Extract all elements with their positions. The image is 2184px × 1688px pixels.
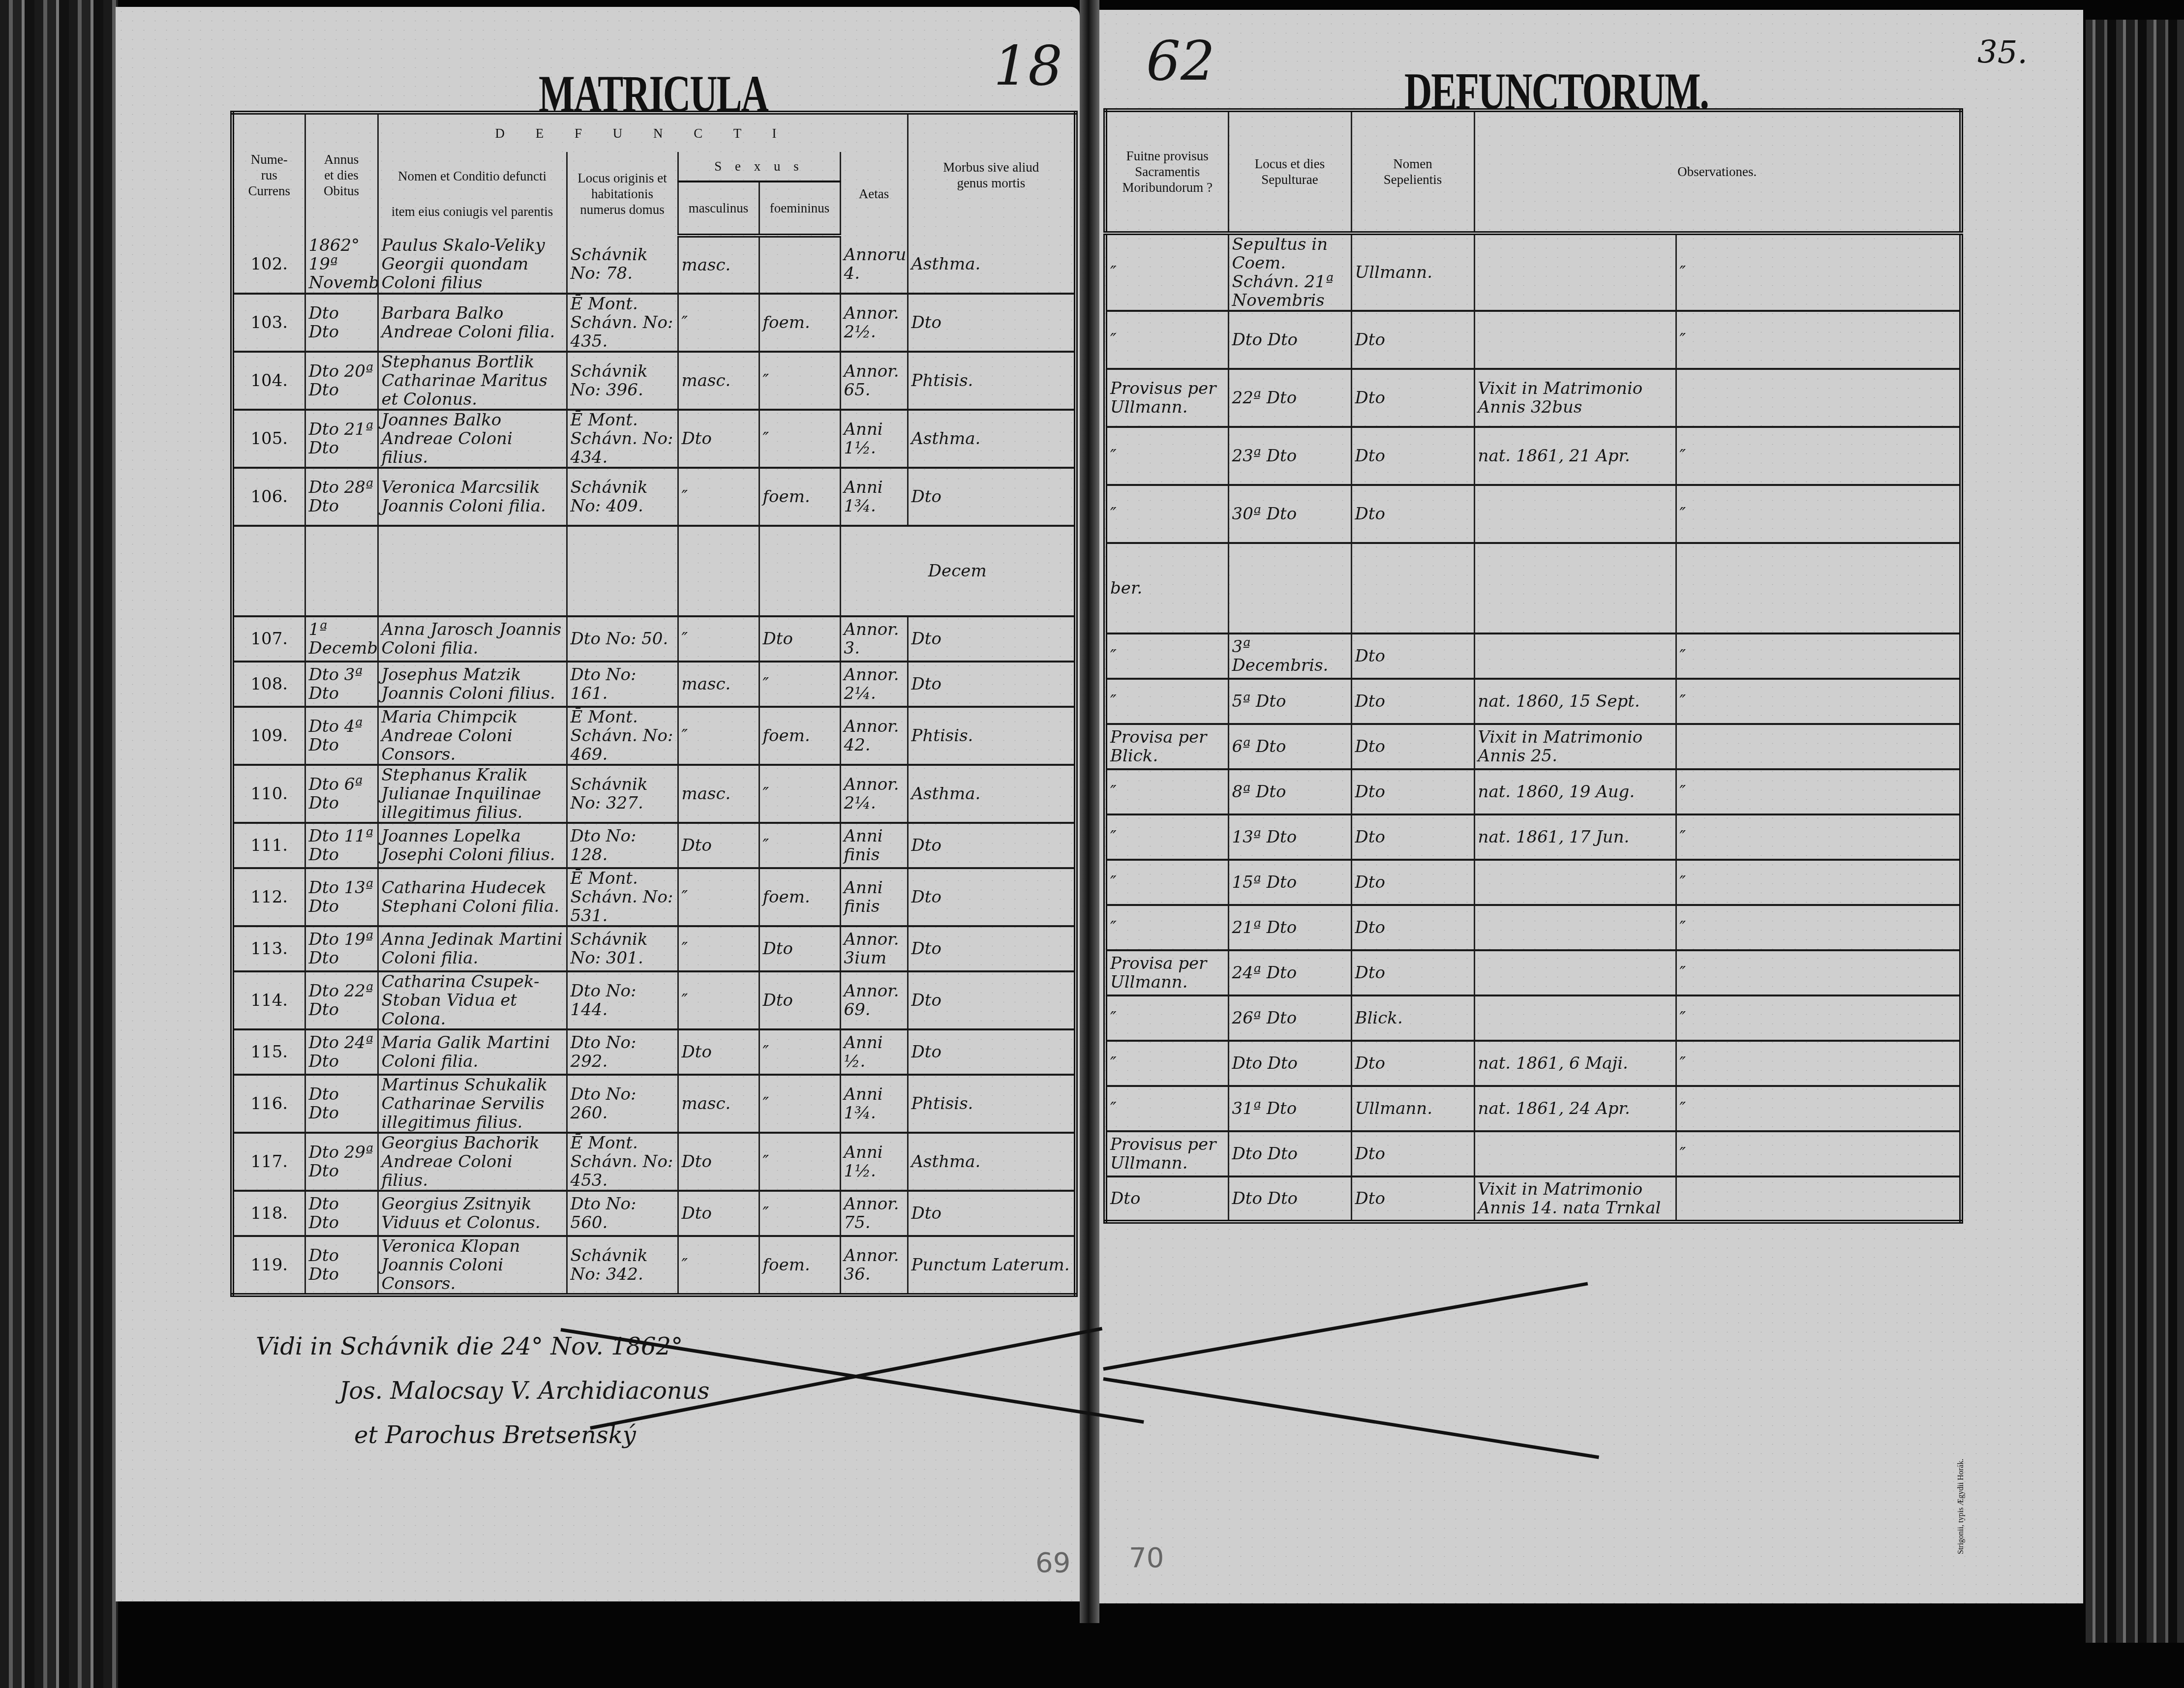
cell-no: 112.	[232, 868, 305, 926]
cell-provisus: Provisa per Ullmann.	[1105, 950, 1228, 995]
cell-aetas: Anni 1¾.	[840, 1075, 908, 1133]
cell-no: 107.	[232, 616, 305, 662]
cell-aetas: Anni 1½.	[840, 410, 908, 468]
cell-date: Dto 22ª Dto	[305, 971, 378, 1029]
register-row-right: ″13ª DtoDtonat. 1861, 17 Jun.″	[1105, 814, 1961, 860]
cell-no: 105.	[232, 410, 305, 468]
cell-provisus: Provisus per Ullmann.	[1105, 1131, 1228, 1176]
cell-no: 110.	[232, 765, 305, 823]
cell-locus: Schávnik No: 396.	[567, 352, 678, 410]
cell-morbus: Asthma.	[908, 765, 1076, 823]
cell-name: Veronica Marcsilik Joannis Coloni filia.	[378, 468, 567, 526]
cell-name: Maria Chimpcik Andreae Coloni Consors.	[378, 707, 567, 765]
cell-provisus: ″	[1105, 427, 1228, 485]
cell-sepultura: Dto Dto	[1228, 1131, 1351, 1176]
cell-obs2: ″	[1676, 311, 1961, 369]
book-spine	[1080, 0, 1099, 1623]
cell-date: Dto Dto	[305, 1075, 378, 1133]
cell-masc: ″	[678, 294, 759, 352]
header-aetas: Aetas	[840, 152, 908, 236]
cell-date: Dto 4ª Dto	[305, 707, 378, 765]
cell-masc: ″	[678, 971, 759, 1029]
register-row-right: Provisa per Ullmann.24ª DtoDto″	[1105, 950, 1961, 995]
cell-sepeliens: Dto	[1351, 814, 1474, 860]
cell-masc: masc.	[678, 352, 759, 410]
cell-obs	[1474, 311, 1676, 369]
cell-date: 1ª Decembris	[305, 616, 378, 662]
cell-aetas: Annorum 4.	[840, 236, 908, 294]
cell-name: Anna Jarosch Joannis Coloni filia.	[378, 616, 567, 662]
cell-masc: ″	[678, 707, 759, 765]
register-row-left: 115.Dto 24ª DtoMaria Galik Martini Colon…	[232, 1029, 1076, 1075]
cell-fem: ″	[759, 765, 840, 823]
cell-obs: nat. 1861, 24 Apr.	[1474, 1086, 1676, 1131]
cell-obs2: ″	[1676, 233, 1961, 311]
cell-name: Georgius Bachorik Andreae Coloni filius.	[378, 1133, 567, 1191]
cell-morbus: Dto	[908, 971, 1076, 1029]
cell-obs2: ″	[1676, 1086, 1961, 1131]
cell-morbus: Dto	[908, 823, 1076, 868]
month-divider-left: Decem	[840, 526, 1076, 616]
cell-aetas: Annor. 42.	[840, 707, 908, 765]
cell-no: 118.	[232, 1191, 305, 1236]
cell-name: Maria Galik Martini Coloni filia.	[378, 1029, 567, 1075]
cell-fem: Dto	[759, 926, 840, 971]
cell-masc: masc.	[678, 236, 759, 294]
cell-morbus: Phtisis.	[908, 1075, 1076, 1133]
cell-provisus: ″	[1105, 233, 1228, 311]
cell-obs: Vixit in Matrimonio Annis 25.	[1474, 724, 1676, 769]
cell-masc: ″	[678, 616, 759, 662]
cell-no: 106.	[232, 468, 305, 526]
cell-date: Dto 21ª Dto	[305, 410, 378, 468]
register-row-right: ″Dto DtoDtonat. 1861, 6 Maji.″	[1105, 1041, 1961, 1086]
cell-sepultura: 24ª Dto	[1228, 950, 1351, 995]
register-row-right: ″3ª Decembris.Dto″	[1105, 633, 1961, 679]
register-row-left: 109.Dto 4ª DtoMaria Chimpcik Andreae Col…	[232, 707, 1076, 765]
cell-sepeliens: Dto	[1351, 905, 1474, 950]
cell-sepeliens: Dto	[1351, 950, 1474, 995]
cell-sepultura: 22ª Dto	[1228, 369, 1351, 427]
cell-masc: Dto	[678, 823, 759, 868]
register-row-left: 102.1862° 19ª NovembrisPaulus Skalo-Veli…	[232, 236, 1076, 294]
cell-locus: Ē Mont. Schávn. No: 469.	[567, 707, 678, 765]
register-row-right: ″30ª DtoDto″	[1105, 485, 1961, 543]
cell-morbus: Asthma.	[908, 236, 1076, 294]
cell-no: 111.	[232, 823, 305, 868]
cell-obs	[1474, 995, 1676, 1041]
cell-obs2: ″	[1676, 633, 1961, 679]
header-numerus: Nume- rus Currens	[232, 113, 305, 236]
header-observationes: Observationes.	[1474, 110, 1961, 233]
cell-sepultura: Dto Dto	[1228, 1041, 1351, 1086]
cell-name: Joannes Lopelka Josephi Coloni filius.	[378, 823, 567, 868]
cell-sepeliens: Dto	[1351, 769, 1474, 814]
cell-aetas: Anni finis	[840, 823, 908, 868]
cell-date: Dto 24ª Dto	[305, 1029, 378, 1075]
register-row-left: 111.Dto 11ª DtoJoannes Lopelka Josephi C…	[232, 823, 1076, 868]
cell-date: Dto 11ª Dto	[305, 823, 378, 868]
cell-locus: Schávnik No: 342.	[567, 1236, 678, 1295]
cell-date: Dto 28ª Dto	[305, 468, 378, 526]
cell-locus: Dto No: 50.	[567, 616, 678, 662]
register-row-right: ″15ª DtoDto″	[1105, 860, 1961, 905]
cell-provisus: ″	[1105, 1086, 1228, 1131]
cell-morbus: Asthma.	[908, 410, 1076, 468]
register-row-left: 104.Dto 20ª DtoStephanus Bortlik Cathari…	[232, 352, 1076, 410]
cell-masc: Dto	[678, 1191, 759, 1236]
register-row-left: 106.Dto 28ª DtoVeronica Marcsilik Joanni…	[232, 468, 1076, 526]
cell-name: Joannes Balko Andreae Coloni filius.	[378, 410, 567, 468]
register-row-right: Provisus per Ullmann.Dto DtoDto″	[1105, 1131, 1961, 1176]
cell-sepeliens: Blick.	[1351, 995, 1474, 1041]
cell-name: Barbara Balko Andreae Coloni filia.	[378, 294, 567, 352]
cell-sepeliens: Dto	[1351, 724, 1474, 769]
register-row-right: DtoDto DtoDtoVixit in Matrimonio Annis 1…	[1105, 1176, 1961, 1222]
cell-date: 1862° 19ª Novembris	[305, 236, 378, 294]
cell-fem: Dto	[759, 971, 840, 1029]
cell-no: 113.	[232, 926, 305, 971]
cell-morbus: Asthma.	[908, 1133, 1076, 1191]
cell-obs	[1474, 905, 1676, 950]
cell-masc: ″	[678, 926, 759, 971]
cell-aetas: Annor. 65.	[840, 352, 908, 410]
cell-date: Dto 19ª Dto	[305, 926, 378, 971]
cell-obs2: ″	[1676, 427, 1961, 485]
cell-sepeliens: Dto	[1351, 369, 1474, 427]
cell-fem: ″	[759, 1075, 840, 1133]
cell-obs2: ″	[1676, 485, 1961, 543]
cell-provisus: ″	[1105, 860, 1228, 905]
cell-sepultura: 23ª Dto	[1228, 427, 1351, 485]
header-foemininus: foemininus	[759, 181, 840, 236]
cell-no: 109.	[232, 707, 305, 765]
cell-no: 116.	[232, 1075, 305, 1133]
cell-date: Dto 29ª Dto	[305, 1133, 378, 1191]
cell-obs	[1474, 1131, 1676, 1176]
cell-obs2: ″	[1676, 1131, 1961, 1176]
cell-provisus: ″	[1105, 1041, 1228, 1086]
cell-morbus: Phtisis.	[908, 707, 1076, 765]
cell-locus: Dto No: 128.	[567, 823, 678, 868]
register-row-left: 105.Dto 21ª DtoJoannes Balko Andreae Col…	[232, 410, 1076, 468]
header-sepultura: Locus et dies Sepulturae	[1228, 110, 1351, 233]
visitation-line-2: Jos. Malocsay V. Archidiaconus	[339, 1377, 709, 1405]
cell-sepeliens: Dto	[1351, 860, 1474, 905]
cell-name: Georgius Zsitnyik Viduus et Colonus.	[378, 1191, 567, 1236]
cell-obs	[1474, 950, 1676, 995]
cell-sepultura: Sepultus in Coem. Schávn. 21ª Novembris	[1228, 233, 1351, 311]
cell-obs2	[1676, 724, 1961, 769]
cell-morbus: Dto	[908, 468, 1076, 526]
cell-name: Anna Jedinak Martini Coloni filia.	[378, 926, 567, 971]
header-sexus: S e x u s	[678, 152, 840, 181]
cell-masc: ″	[678, 868, 759, 926]
cell-sepultura: 21ª Dto	[1228, 905, 1351, 950]
cell-no: 119.	[232, 1236, 305, 1295]
register-row-right: ″5ª DtoDtonat. 1860, 15 Sept.″	[1105, 679, 1961, 724]
cell-morbus: Dto	[908, 294, 1076, 352]
pencil-folio-left: 69	[1035, 1547, 1070, 1579]
cell-obs	[1474, 633, 1676, 679]
cell-locus: Ē Mont. Schávn. No: 531.	[567, 868, 678, 926]
header-morbus: Morbus sive aliud genus mortis	[908, 113, 1076, 236]
header-defuncti: D E F U N C T I	[378, 113, 908, 152]
header-provisus: Fuitne provisus Sacramentis Moribundorum…	[1105, 110, 1228, 233]
cell-aetas: Annor. 75.	[840, 1191, 908, 1236]
cell-no: 108.	[232, 662, 305, 707]
cell-fem: foem.	[759, 868, 840, 926]
header-sepeliens: Nomen Sepelientis	[1351, 110, 1474, 233]
cell-sepultura: 31ª Dto	[1228, 1086, 1351, 1131]
cell-fem: ″	[759, 823, 840, 868]
cell-aetas: Annor. 3.	[840, 616, 908, 662]
register-row-left: 113.Dto 19ª DtoAnna Jedinak Martini Colo…	[232, 926, 1076, 971]
cell-masc: masc.	[678, 662, 759, 707]
cell-morbus: Punctum Laterum.	[908, 1236, 1076, 1295]
cell-obs2: ″	[1676, 814, 1961, 860]
register-row-right: ″23ª DtoDtonat. 1861, 21 Apr.″	[1105, 427, 1961, 485]
cell-locus: Ē Mont. Schávn. No: 453.	[567, 1133, 678, 1191]
cell-locus: Ē Mont. Schávn. No: 435.	[567, 294, 678, 352]
cell-sepeliens: Dto	[1351, 679, 1474, 724]
cell-no: 115.	[232, 1029, 305, 1075]
cell-date: Dto Dto	[305, 1236, 378, 1295]
cell-fem: Dto	[759, 616, 840, 662]
cell-obs	[1474, 860, 1676, 905]
cell-morbus: Dto	[908, 926, 1076, 971]
cell-date: Dto 6ª Dto	[305, 765, 378, 823]
cell-aetas: Anni ½.	[840, 1029, 908, 1075]
cell-obs	[1474, 485, 1676, 543]
year-handwritten-left: 18	[994, 34, 1062, 97]
cell-date: Dto 3ª Dto	[305, 662, 378, 707]
cell-morbus: Dto	[908, 616, 1076, 662]
cell-locus: Schávnik No: 327.	[567, 765, 678, 823]
cell-fem: foem.	[759, 294, 840, 352]
register-row-right: Provisus per Ullmann.22ª DtoDtoVixit in …	[1105, 369, 1961, 427]
cell-sepultura: 8ª Dto	[1228, 769, 1351, 814]
cell-aetas: Annor. 69.	[840, 971, 908, 1029]
cell-masc: Dto	[678, 1029, 759, 1075]
cell-aetas: Annor. 36.	[840, 1236, 908, 1295]
register-row-left: 116.Dto DtoMartinus Schukalik Catharinae…	[232, 1075, 1076, 1133]
cell-obs: nat. 1860, 15 Sept.	[1474, 679, 1676, 724]
cell-obs2: ″	[1676, 769, 1961, 814]
cell-morbus: Dto	[908, 1191, 1076, 1236]
register-row-right: ″8ª DtoDtonat. 1860, 19 Aug.″	[1105, 769, 1961, 814]
register-row-right: ″Dto DtoDto″	[1105, 311, 1961, 369]
cell-provisus: ″	[1105, 905, 1228, 950]
cell-no: 117.	[232, 1133, 305, 1191]
cell-aetas: Annor. 3ium	[840, 926, 908, 971]
cell-sepultura: Dto Dto	[1228, 311, 1351, 369]
cell-sepultura: Dto Dto	[1228, 1176, 1351, 1222]
cell-sepeliens: Dto	[1351, 311, 1474, 369]
cell-locus: Dto No: 144.	[567, 971, 678, 1029]
cell-sepeliens: Dto	[1351, 1131, 1474, 1176]
cell-sepultura: 26ª Dto	[1228, 995, 1351, 1041]
cell-aetas: Anni 1½.	[840, 1133, 908, 1191]
cell-locus: Dto No: 560.	[567, 1191, 678, 1236]
cell-sepultura: 5ª Dto	[1228, 679, 1351, 724]
cell-name: Catharina Csupek-Stoban Vidua et Colona.	[378, 971, 567, 1029]
cell-aetas: Anni 1¾.	[840, 468, 908, 526]
cell-obs2: ″	[1676, 995, 1961, 1041]
register-row-left: 108.Dto 3ª DtoJosephus Matzik Joannis Co…	[232, 662, 1076, 707]
cell-morbus: Dto	[908, 662, 1076, 707]
register-row-left: 112.Dto 13ª DtoCatharina Hudecek Stephan…	[232, 868, 1076, 926]
cell-aetas: Annor. 2½.	[840, 294, 908, 352]
cell-name: Stephanus Kralik Julianae Inquilinae ill…	[378, 765, 567, 823]
cell-date: Dto Dto	[305, 294, 378, 352]
header-locus: Locus originis et habitationis numerus d…	[567, 152, 678, 236]
register-row-right: ″26ª DtoBlick.″	[1105, 995, 1961, 1041]
register-row-right: Provisa per Blick.6ª DtoDtoVixit in Matr…	[1105, 724, 1961, 769]
cell-fem: ″	[759, 662, 840, 707]
cell-date: Dto Dto	[305, 1191, 378, 1236]
cell-sepultura: 15ª Dto	[1228, 860, 1351, 905]
cell-provisus: ″	[1105, 633, 1228, 679]
cell-provisus: ″	[1105, 995, 1228, 1041]
cell-fem: foem.	[759, 707, 840, 765]
cell-sepultura: 6ª Dto	[1228, 724, 1351, 769]
cell-obs: Vixit in Matrimonio Annis 14. nata Trnka…	[1474, 1176, 1676, 1222]
cell-sepeliens: Dto	[1351, 427, 1474, 485]
cell-locus: Dto No: 260.	[567, 1075, 678, 1133]
register-row-left: 117.Dto 29ª DtoGeorgius Bachorik Andreae…	[232, 1133, 1076, 1191]
cell-provisus: ″	[1105, 769, 1228, 814]
page-number: 35.	[1977, 34, 2028, 71]
register-row-left: 119.Dto DtoVeronica Klopan Joannis Colon…	[232, 1236, 1076, 1295]
cell-sepeliens: Ullmann.	[1351, 233, 1474, 311]
register-table-left: Nume- rus Currens Annus et dies Obitus D…	[230, 111, 1078, 1297]
cell-obs2: ″	[1676, 950, 1961, 995]
cell-locus: Dto No: 161.	[567, 662, 678, 707]
cell-name: Paulus Skalo-Veliky Georgii quondam Colo…	[378, 236, 567, 294]
cell-morbus: Phtisis.	[908, 352, 1076, 410]
cell-sepeliens: Dto	[1351, 1041, 1474, 1086]
cell-aetas: Annor. 2¼.	[840, 662, 908, 707]
cell-sepultura: 30ª Dto	[1228, 485, 1351, 543]
cell-no: 102.	[232, 236, 305, 294]
cell-no: 103.	[232, 294, 305, 352]
year-handwritten-right: 62	[1146, 30, 1215, 92]
register-row-left: 107.1ª DecembrisAnna Jarosch Joannis Col…	[232, 616, 1076, 662]
cell-sepeliens: Dto	[1351, 633, 1474, 679]
cell-obs: nat. 1861, 21 Apr.	[1474, 427, 1676, 485]
cell-obs2: ″	[1676, 1041, 1961, 1086]
cell-fem: foem.	[759, 1236, 840, 1295]
register-row-left: 110.Dto 6ª DtoStephanus Kralik Julianae …	[232, 765, 1076, 823]
cell-provisus: ″	[1105, 679, 1228, 724]
cell-date: Dto 13ª Dto	[305, 868, 378, 926]
cell-locus: Schávnik No: 78.	[567, 236, 678, 294]
cell-fem	[759, 236, 840, 294]
header-nomen: Nomen et Conditio defunctiitem eius coni…	[378, 152, 567, 236]
cell-name: Catharina Hudecek Stephani Coloni filia.	[378, 868, 567, 926]
cell-name: Josephus Matzik Joannis Coloni filius.	[378, 662, 567, 707]
cell-masc: ″	[678, 468, 759, 526]
cell-fem: ″	[759, 352, 840, 410]
cell-sepeliens: Dto	[1351, 485, 1474, 543]
cell-locus: Dto No: 292.	[567, 1029, 678, 1075]
register-table-right: Fuitne provisus Sacramentis Moribundorum…	[1103, 108, 1963, 1224]
cell-obs2: ″	[1676, 905, 1961, 950]
month-divider-right: ber.	[1105, 543, 1228, 633]
cell-fem: ″	[759, 1191, 840, 1236]
cell-obs: nat. 1861, 6 Maji.	[1474, 1041, 1676, 1086]
cell-sepeliens: Ullmann.	[1351, 1086, 1474, 1131]
cell-fem: ″	[759, 1029, 840, 1075]
book-edge-left	[0, 0, 118, 1688]
cell-locus: Schávnik No: 409.	[567, 468, 678, 526]
cell-obs	[1474, 233, 1676, 311]
cell-masc: Dto	[678, 1133, 759, 1191]
cell-fem: ″	[759, 1133, 840, 1191]
register-row-right: ″31ª DtoUllmann.nat. 1861, 24 Apr.″	[1105, 1086, 1961, 1131]
cell-provisus: ″	[1105, 814, 1228, 860]
cell-name: Stephanus Bortlik Catharinae Maritus et …	[378, 352, 567, 410]
cell-no: 114.	[232, 971, 305, 1029]
cell-obs: nat. 1861, 17 Jun.	[1474, 814, 1676, 860]
cell-no: 104.	[232, 352, 305, 410]
cell-provisus: ″	[1105, 485, 1228, 543]
book-edge-right	[2086, 20, 2184, 1643]
register-row-right: ″21ª DtoDto″	[1105, 905, 1961, 950]
register-row-left: 103.Dto DtoBarbara Balko Andreae Coloni …	[232, 294, 1076, 352]
cell-sepultura: 3ª Decembris.	[1228, 633, 1351, 679]
cell-name: Veronica Klopan Joannis Coloni Consors.	[378, 1236, 567, 1295]
cell-masc: masc.	[678, 1075, 759, 1133]
cell-provisus: Provisus per Ullmann.	[1105, 369, 1228, 427]
cell-fem: foem.	[759, 468, 840, 526]
cell-masc: ″	[678, 1236, 759, 1295]
cell-locus: Schávnik No: 301.	[567, 926, 678, 971]
cell-provisus: ″	[1105, 311, 1228, 369]
register-row-right: ″Sepultus in Coem. Schávn. 21ª Novembris…	[1105, 233, 1961, 311]
cell-obs: nat. 1860, 19 Aug.	[1474, 769, 1676, 814]
cell-obs: Vixit in Matrimonio Annis 32bus	[1474, 369, 1676, 427]
register-row-left: 114.Dto 22ª DtoCatharina Csupek-Stoban V…	[232, 971, 1076, 1029]
cell-name: Martinus Schukalik Catharinae Servilis i…	[378, 1075, 567, 1133]
cell-sepultura: 13ª Dto	[1228, 814, 1351, 860]
cell-obs2: ″	[1676, 860, 1961, 905]
printer-imprint: Strigonii, typis Ægydii Horák.	[1957, 1459, 1966, 1554]
register-row-left: 118.Dto DtoGeorgius Zsitnyik Viduus et C…	[232, 1191, 1076, 1236]
cell-morbus: Dto	[908, 868, 1076, 926]
cell-provisus: Provisa per Blick.	[1105, 724, 1228, 769]
cell-locus: Ē Mont. Schávn. No: 434.	[567, 410, 678, 468]
cell-date: Dto 20ª Dto	[305, 352, 378, 410]
cell-obs2: ″	[1676, 679, 1961, 724]
cell-masc: masc.	[678, 765, 759, 823]
pencil-folio-right: 70	[1129, 1542, 1164, 1574]
cell-provisus: Dto	[1105, 1176, 1228, 1222]
cell-aetas: Annor. 2¼.	[840, 765, 908, 823]
cell-morbus: Dto	[908, 1029, 1076, 1075]
cell-masc: Dto	[678, 410, 759, 468]
cell-aetas: Anni finis	[840, 868, 908, 926]
cell-obs2	[1676, 1176, 1961, 1222]
cell-sepeliens: Dto	[1351, 1176, 1474, 1222]
header-masculinus: masculinus	[678, 181, 759, 236]
cell-obs2	[1676, 369, 1961, 427]
header-annus: Annus et dies Obitus	[305, 113, 378, 236]
cell-fem: ″	[759, 410, 840, 468]
